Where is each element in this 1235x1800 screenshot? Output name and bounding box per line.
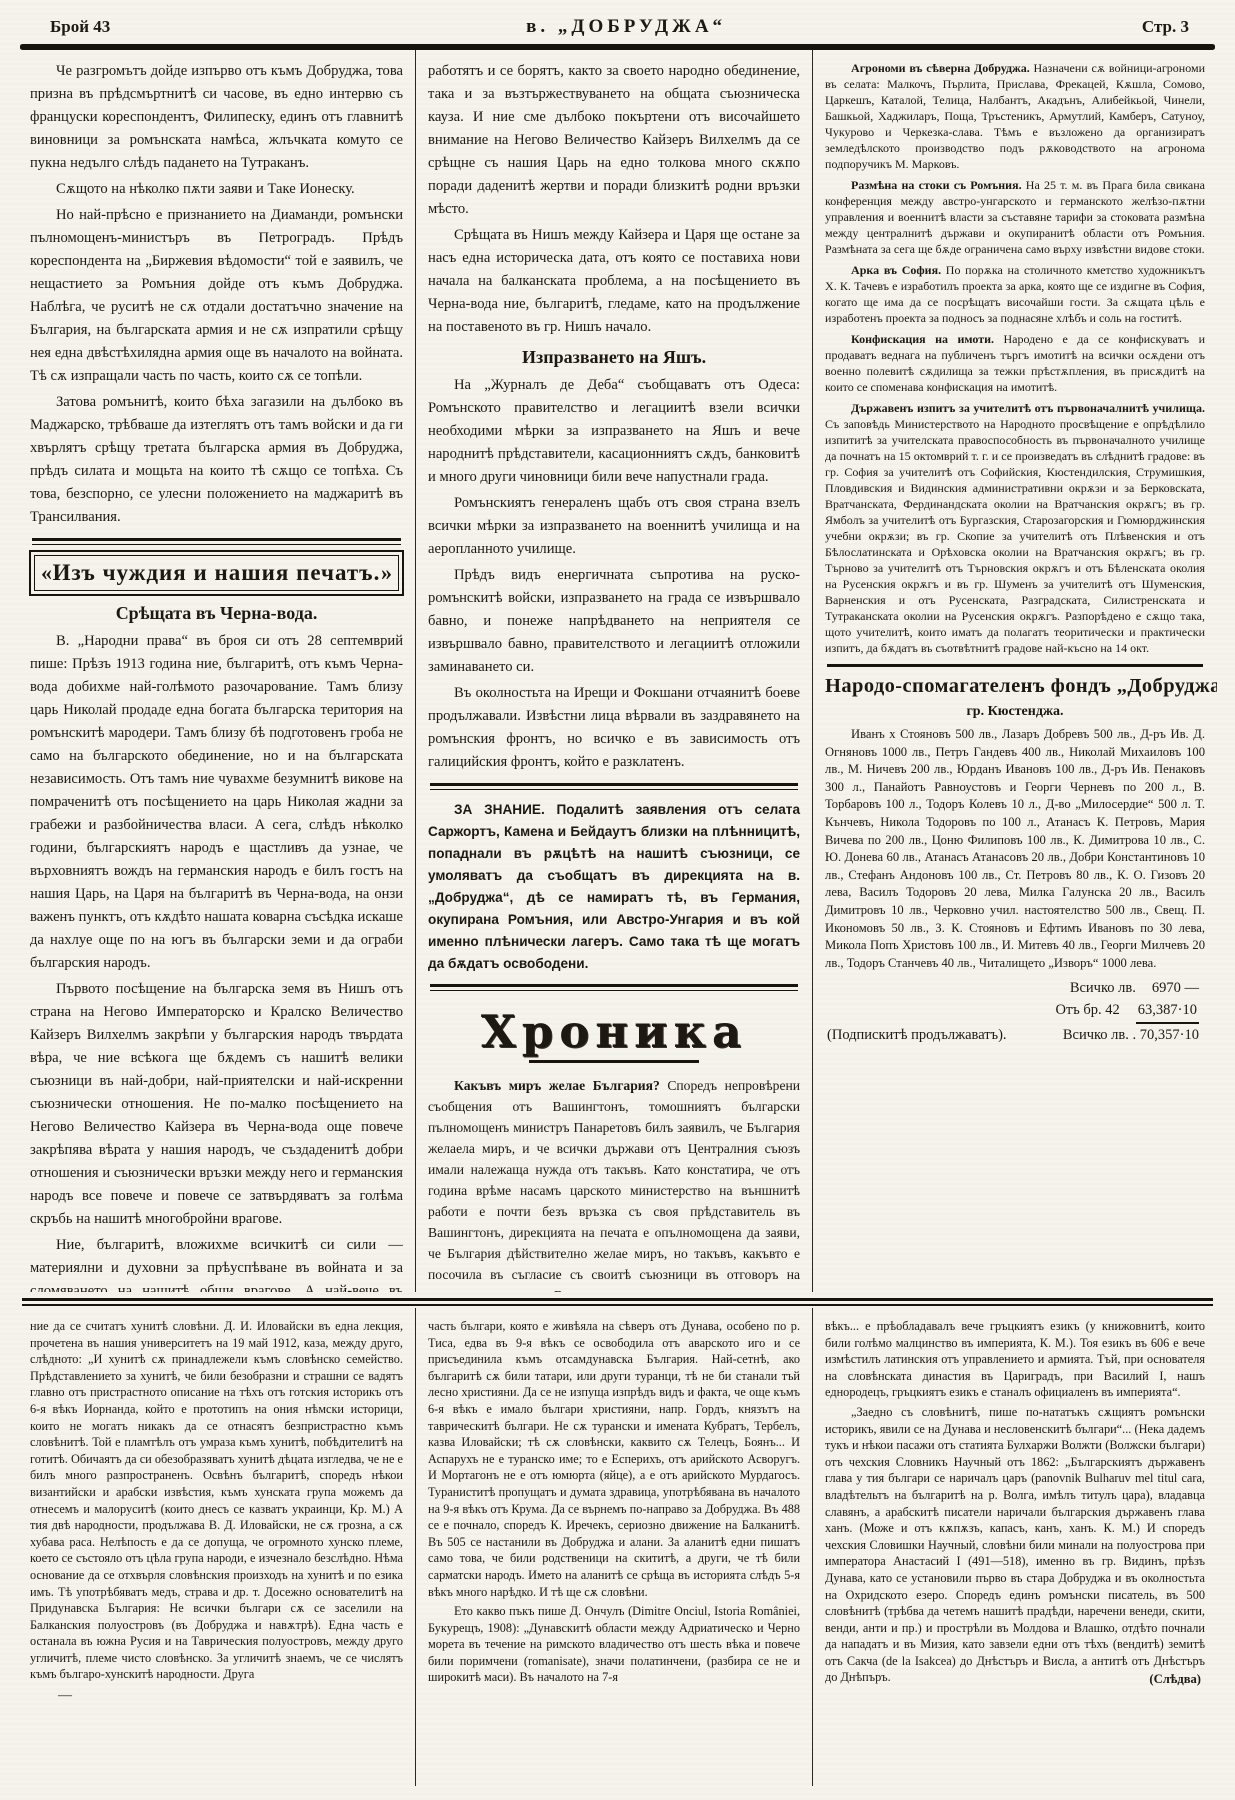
paragraph: Първото посѣщение на българска земя въ Н… — [30, 978, 403, 1231]
divider — [430, 783, 798, 790]
article-heading: Срѣщата въ Черна-вода. — [30, 603, 403, 624]
page-number: Стр. 3 — [1142, 17, 1189, 37]
item-lead: Какъвъ миръ желае България? — [454, 1078, 660, 1093]
news-item: Конфискация на имоти. Народено е да се к… — [825, 331, 1205, 395]
paragraph: Че разгромътъ дойде изпърво отъ къмъ Доб… — [30, 60, 403, 175]
paragraph: Срѣщата въ Нишъ между Кайзера и Царя ще … — [428, 224, 800, 339]
subscriptions-note: (Подпискитѣ продължаватъ). — [827, 1024, 1007, 1046]
chronicle-heading: Хроника — [428, 1005, 800, 1058]
total-label: Отъ бр. 42 — [1055, 999, 1119, 1024]
item-lead: Конфискация на имоти. — [851, 332, 994, 346]
paragraph: Затова ромънитѣ, които бѣха загазили на … — [30, 391, 403, 529]
total-row: Отъ бр. 42 63,387·10 — [825, 999, 1205, 1024]
chronicle-item: Какъвъ миръ желае България? Споредъ непр… — [428, 1075, 800, 1292]
divider — [32, 538, 401, 545]
total-value: 6970 — — [1152, 977, 1199, 999]
news-item: Държавенъ изпитъ за учителитѣ отъ първон… — [825, 400, 1205, 656]
paragraph: „Заедно съ словѣнитѣ, пише по-нататъкъ с… — [825, 1404, 1205, 1686]
paragraph: вѣкъ... е прѣобладавалъ вече гръцкиятъ е… — [825, 1318, 1205, 1401]
notice-lead: ЗА ЗНАНИЕ. — [454, 802, 545, 817]
total-label: Всичко лв. — [1070, 977, 1136, 999]
fund-totals: Всичко лв. 6970 — Отъ бр. 42 63,387·10 (… — [825, 977, 1205, 1046]
section-heading-box: « Изъ чуждия и нашия печатъ. » — [34, 555, 399, 591]
fund-heading: Народо-спомагателенъ фондъ „Добруджа“ — [825, 675, 1205, 698]
feuilleton-column-2: часть българи, която е живѣяла на сѣверъ… — [415, 1308, 812, 1786]
divider — [430, 984, 798, 991]
paragraph: Сѫщото на нѣколко пѫти заяви и Таке Ионе… — [30, 178, 403, 201]
chronicle-underline — [529, 1060, 699, 1063]
fund-subheading: гр. Кюстенджа. — [825, 704, 1205, 720]
column-3: Агрономи въ сѣверна Добруджа. Назначени … — [812, 50, 1217, 1292]
paragraph: В. „Народни права“ въ броя си отъ 28 сеп… — [30, 630, 403, 975]
news-item: Арка въ София. По порѫка на столичното к… — [825, 262, 1205, 326]
total-value: 63,387·10 — [1136, 999, 1199, 1024]
notice-paragraph: ЗА ЗНАНИЕ. Подалитѣ заявления отъ селата… — [428, 799, 800, 975]
paragraph: работятъ и се борятъ, както за своето на… — [428, 60, 800, 221]
issue-number: Брой 43 — [50, 17, 110, 37]
column-2: работятъ и се борятъ, както за своето на… — [415, 50, 812, 1292]
ornament-right-icon: » — [381, 562, 392, 584]
section-heading: Изъ чуждия и нашия печатъ. — [52, 560, 381, 586]
chronicle-items: Какъвъ миръ желае България? Споредъ непр… — [428, 1075, 800, 1292]
page-header: Брой 43 в. „ДОБРУДЖА“ Стр. 3 — [0, 0, 1235, 40]
item-body: Назначени сѫ войници-агрономи въ селата:… — [825, 61, 1205, 171]
end-dash: — — [30, 1686, 403, 1704]
feuilleton-column-1: ние да се считатъ хунитѣ словѣни. Д. И. … — [18, 1308, 415, 1786]
divider — [827, 664, 1203, 667]
item-lead: Размѣна на стоки съ Ромъния. — [851, 178, 1022, 192]
ornament-left-icon: « — [41, 562, 52, 584]
item-body: Споредъ непровѣрени съобщения отъ Вашинг… — [428, 1078, 800, 1292]
paragraph: Но най-прѣсно е признанието на Диаманди,… — [30, 204, 403, 388]
paragraph: Ето какво пъкъ пише Д. Ончулъ (Dimitre O… — [428, 1603, 800, 1686]
section-separator — [22, 1298, 1213, 1306]
item-body: Съ заповѣдь Министерството на Народното … — [825, 417, 1205, 655]
paragraph: Прѣдъ видъ енергичната съпротива на руск… — [428, 564, 800, 679]
news-item: Агрономи въ сѣверна Добруджа. Назначени … — [825, 60, 1205, 172]
feuilleton-section: ние да се считатъ хунитѣ словѣни. Д. И. … — [0, 1308, 1235, 1786]
column-1: Че разгромътъ дойде изпърво отъ къмъ Доб… — [18, 50, 415, 1292]
paragraph: часть българи, която е живѣяла на сѣверъ… — [428, 1318, 800, 1600]
paragraph: Ние, българитѣ, вложихме всичкитѣ си сил… — [30, 1234, 403, 1292]
total-row: (Подпискитѣ продължаватъ). Всичко лв. . … — [825, 1024, 1205, 1046]
total-label: Всичко лв. . — [1063, 1027, 1136, 1043]
paragraph: ние да се считатъ хунитѣ словѣни. Д. И. … — [30, 1318, 403, 1683]
donor-list: Иванъ х Стояновъ 500 лв., Лазаръ Добревъ… — [825, 726, 1205, 972]
item-lead: Агрономи въ сѣверна Добруджа. — [851, 61, 1030, 75]
grand-total: Всичко лв. . 70,357·10 — [1063, 1024, 1199, 1046]
paragraph: На „Журналъ де Деба“ съобщаватъ отъ Одес… — [428, 374, 800, 489]
news-item: Размѣна на стоки съ Ромъния. На 25 т. м.… — [825, 177, 1205, 257]
paragraph: Въ околностьта на Ирещи и Фокшани отчаян… — [428, 682, 800, 774]
article-heading: Изпразването на Яшъ. — [428, 347, 800, 368]
total-value: 70,357·10 — [1140, 1027, 1199, 1043]
item-lead: Държавенъ изпитъ за учителитѣ отъ първон… — [851, 401, 1205, 415]
paragraph: Ромънскиятъ генераленъ щабъ отъ своя стр… — [428, 492, 800, 561]
feuilleton-column-3: вѣкъ... е прѣобладавалъ вече гръцкиятъ е… — [812, 1308, 1217, 1786]
notice-body: Подалитѣ заявления отъ селата Саржортъ, … — [428, 802, 800, 971]
top-section: Че разгромътъ дойде изпърво отъ къмъ Доб… — [0, 50, 1235, 1292]
item-lead: Арка въ София. — [851, 263, 941, 277]
masthead-title: в. „ДОБРУДЖА“ — [526, 16, 726, 38]
total-row: Всичко лв. 6970 — — [825, 977, 1205, 999]
newspaper-page: Брой 43 в. „ДОБРУДЖА“ Стр. 3 Че разгромъ… — [0, 0, 1235, 1800]
